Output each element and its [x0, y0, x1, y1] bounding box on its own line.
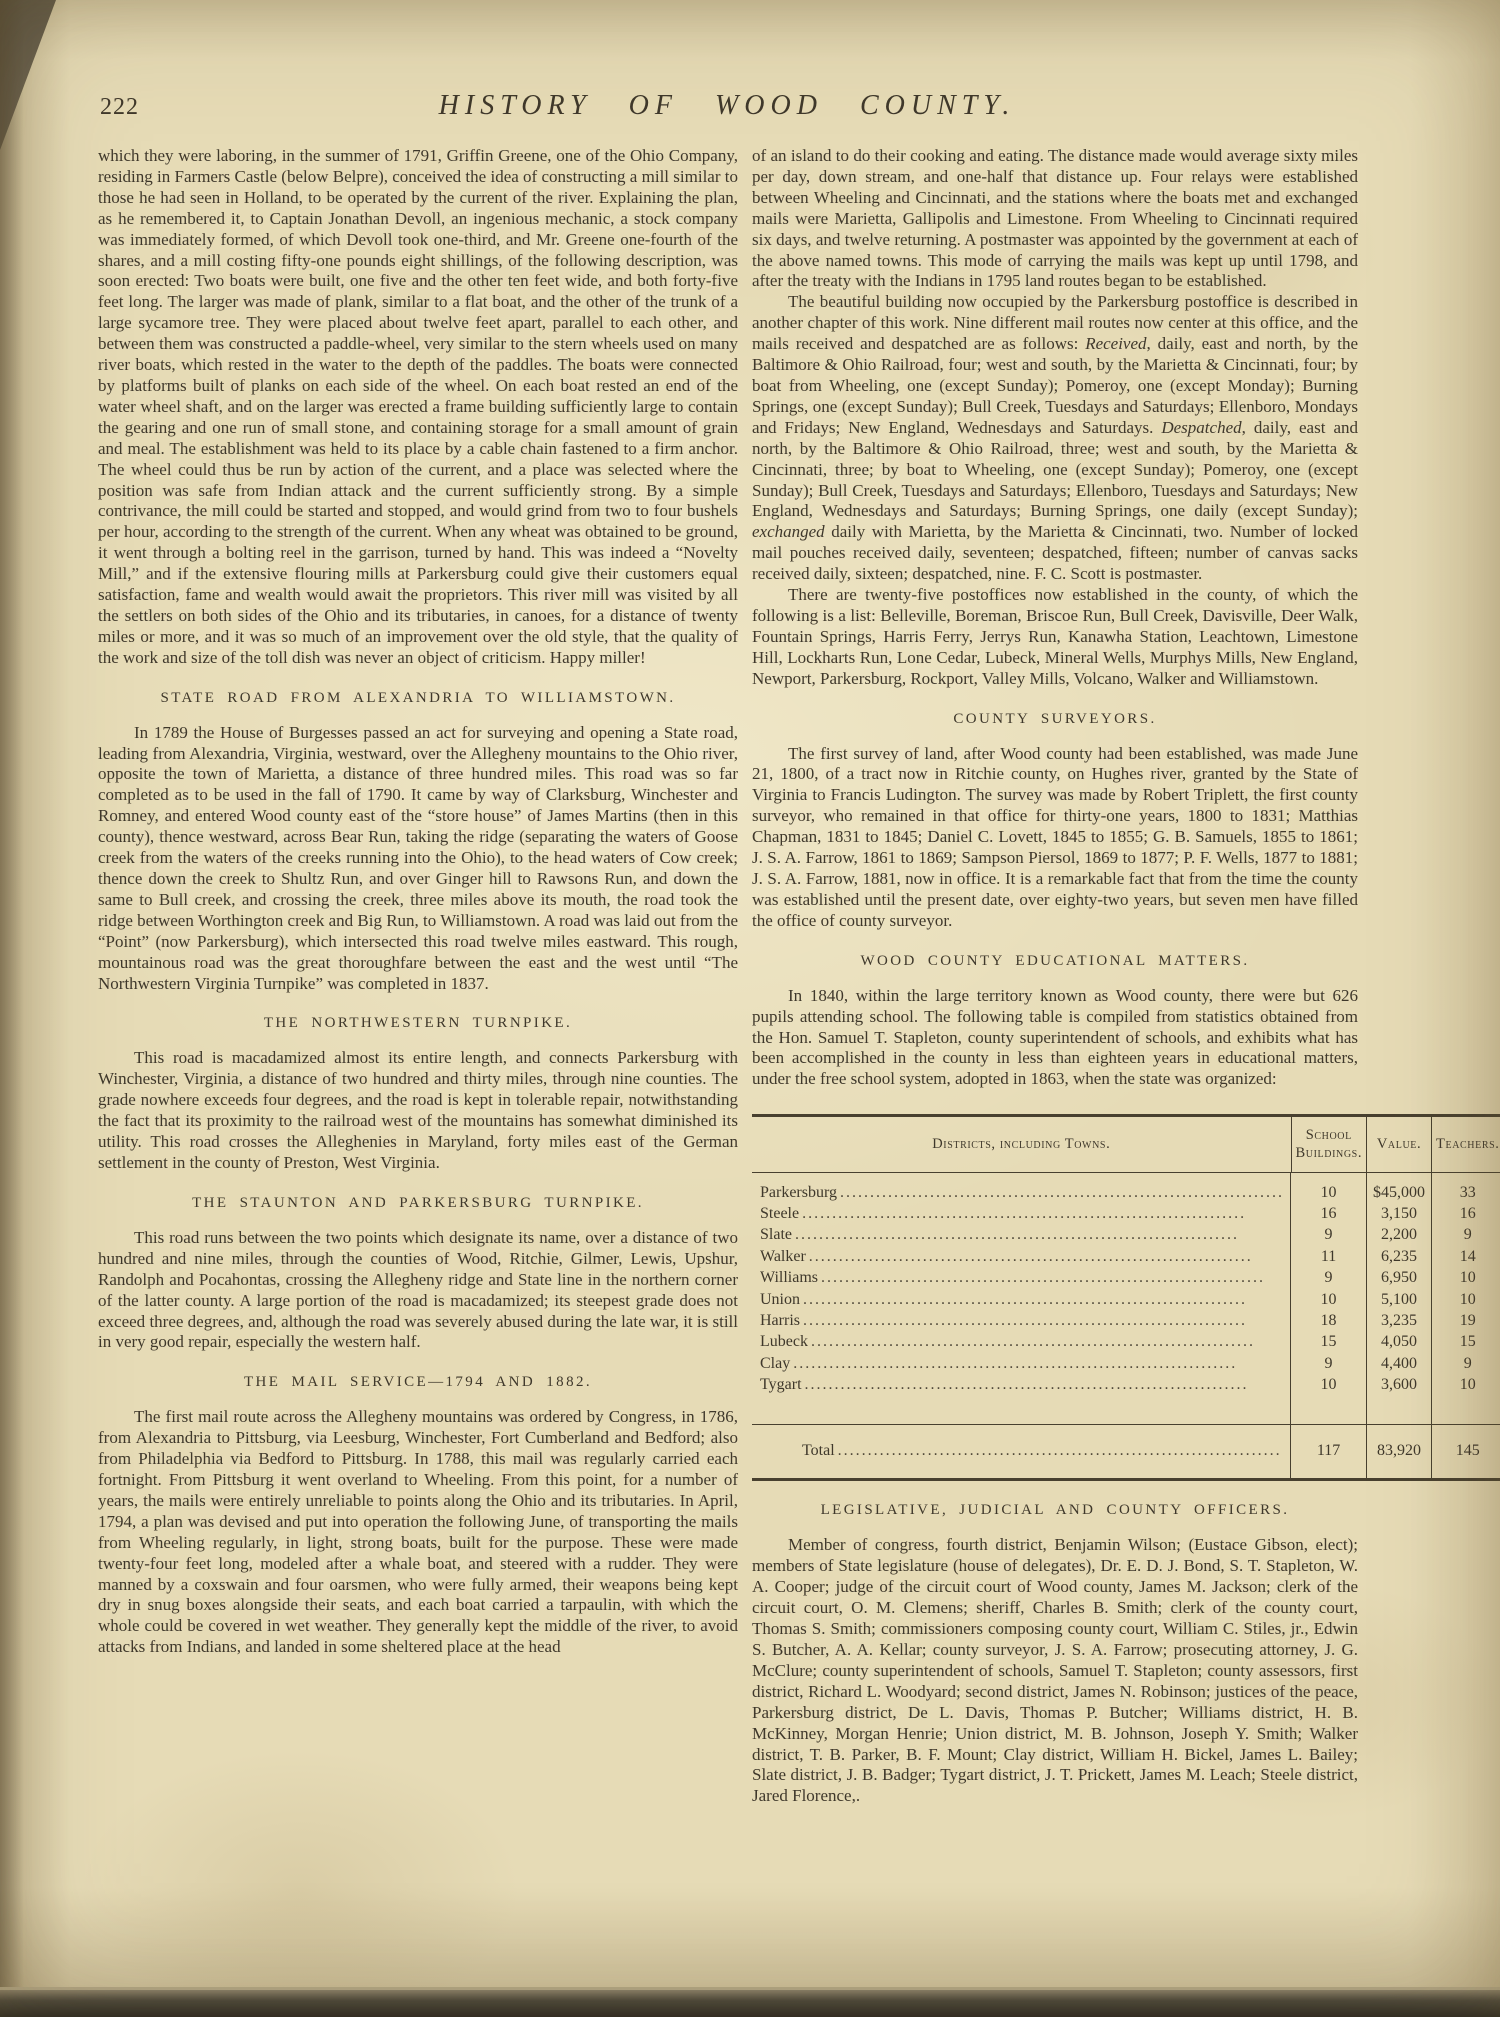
table-cell: 4,400 — [1367, 1353, 1432, 1374]
scan-bottom-edge — [0, 1987, 1500, 2017]
book-page: 222 HISTORY OF WOOD COUNTY. which they w… — [0, 0, 1500, 2017]
table-cell: 15 — [1432, 1331, 1500, 1352]
table-cell: 10 — [1291, 1289, 1367, 1310]
table-cell: 15 — [1291, 1331, 1367, 1352]
paragraph: The beautiful building now occupied by t… — [752, 292, 1358, 585]
table-cell: Slate — [752, 1224, 1291, 1245]
paragraph: The first survey of land, after Wood cou… — [752, 744, 1358, 932]
table-cell: 10 — [1432, 1289, 1500, 1310]
table-cell: 3,600 — [1367, 1374, 1432, 1424]
section-heading: WOOD COUNTY EDUCATIONAL MATTERS. — [752, 953, 1358, 970]
table-cell: 2,200 — [1367, 1224, 1432, 1245]
table-header-cell: Teachers. — [1432, 1116, 1500, 1172]
paragraph: Member of congress, fourth district, Ben… — [752, 1535, 1358, 1807]
table-cell: $45,000 — [1367, 1172, 1432, 1203]
table-cell: 5,100 — [1367, 1289, 1432, 1310]
table-header-cell: School Buildings. — [1291, 1116, 1367, 1172]
table-cell: 9 — [1291, 1224, 1367, 1245]
paragraph: This road is macadamized almost its enti… — [98, 1048, 738, 1173]
table-cell: 83,920 — [1367, 1424, 1432, 1480]
page-edge-shadow — [0, 0, 24, 2017]
table-cell: 9 — [1291, 1353, 1367, 1374]
table-cell: 10 — [1291, 1374, 1367, 1424]
table-cell: 6,950 — [1367, 1267, 1432, 1288]
table-cell: Clay — [752, 1353, 1291, 1374]
table-cell: Total — [752, 1424, 1291, 1478]
column-right: of an island to do their cooking and eat… — [752, 146, 1358, 1807]
paragraph: which they were laboring, in the summer … — [98, 146, 738, 669]
table-cell: 145 — [1432, 1424, 1500, 1480]
school-statistics-table: Districts, including Towns.School Buildi… — [752, 1114, 1500, 1481]
table-row: Williams96,95010526 — [752, 1267, 1500, 1288]
table-cell: 10 — [1432, 1374, 1500, 1424]
table-row: Clay94,4009577 — [752, 1353, 1500, 1374]
table-header-cell: Districts, including Towns. — [752, 1116, 1291, 1172]
table-cell: Union — [752, 1289, 1291, 1310]
table-cell: Walker — [752, 1246, 1291, 1267]
section-heading: THE MAIL SERVICE—1794 AND 1882. — [98, 1374, 738, 1391]
table-row: Lubeck154,05015697 — [752, 1331, 1500, 1352]
table-cell: 16 — [1432, 1203, 1500, 1224]
table-row: Union105,10010531 — [752, 1289, 1500, 1310]
table-cell: Lubeck — [752, 1331, 1291, 1352]
table-cell: 16 — [1291, 1203, 1367, 1224]
paragraph: In 1840, within the large territory know… — [752, 986, 1358, 1091]
table-cell: Williams — [752, 1267, 1291, 1288]
paragraph: of an island to do their cooking and eat… — [752, 146, 1358, 292]
table-cell: 117 — [1291, 1424, 1367, 1480]
section-heading: COUNTY SURVEYORS. — [752, 711, 1358, 728]
table-cell: 3,150 — [1367, 1203, 1432, 1224]
section-heading: LEGISLATIVE, JUDICIAL AND COUNTY OFFICER… — [752, 1502, 1358, 1519]
paragraph: This road runs between the two points wh… — [98, 1228, 738, 1353]
table-cell: 33 — [1432, 1172, 1500, 1203]
section-heading: THE NORTHWESTERN TURNPIKE. — [98, 1015, 738, 1032]
table-cell: 10 — [1432, 1267, 1500, 1288]
paragraph: The first mail route across the Alleghen… — [98, 1407, 738, 1658]
table-cell: 14 — [1432, 1246, 1500, 1267]
table-row: Slate92,2009370 — [752, 1224, 1500, 1245]
table-cell: Harris — [752, 1310, 1291, 1331]
table-cell: 3,235 — [1367, 1310, 1432, 1331]
table-cell: 4,050 — [1367, 1331, 1432, 1352]
table-row: Parkersburg10$45,000332,417 — [752, 1172, 1500, 1203]
table-header-row: Districts, including Towns.School Buildi… — [752, 1116, 1500, 1172]
table-cell: 9 — [1291, 1267, 1367, 1288]
section-heading: THE STAUNTON AND PARKERSBURG TURNPIKE. — [98, 1195, 738, 1212]
table-row: Tygart103,60010453 — [752, 1374, 1500, 1424]
table-cell: 18 — [1291, 1310, 1367, 1331]
section-heading: STATE ROAD FROM ALEXANDRIA TO WILLIAMSTO… — [98, 690, 738, 707]
table-cell: Parkersburg — [752, 1173, 1291, 1203]
table-row: Walker116,23514824 — [752, 1246, 1500, 1267]
page-title: HISTORY OF WOOD COUNTY. — [97, 90, 1357, 122]
table-cell: 19 — [1432, 1310, 1500, 1331]
table-total-row: Total11783,9201458,303 — [752, 1424, 1500, 1480]
table-header-cell: Value. — [1367, 1116, 1432, 1172]
table-cell: 6,235 — [1367, 1246, 1432, 1267]
table-cell: 9 — [1432, 1224, 1500, 1245]
column-left: which they were laboring, in the summer … — [98, 146, 738, 1658]
table-row: Steele163,15016970 — [752, 1203, 1500, 1224]
table-cell: Steele — [752, 1203, 1291, 1224]
table-cell: 10 — [1291, 1172, 1367, 1203]
paragraph: In 1789 the House of Burgesses passed an… — [98, 723, 738, 995]
paragraph: There are twenty-five postoffices now es… — [752, 585, 1358, 690]
table-cell: 9 — [1432, 1353, 1500, 1374]
table-row: Harris183,23519898 — [752, 1310, 1500, 1331]
table-cell: Tygart — [752, 1374, 1291, 1423]
table-cell: 11 — [1291, 1246, 1367, 1267]
